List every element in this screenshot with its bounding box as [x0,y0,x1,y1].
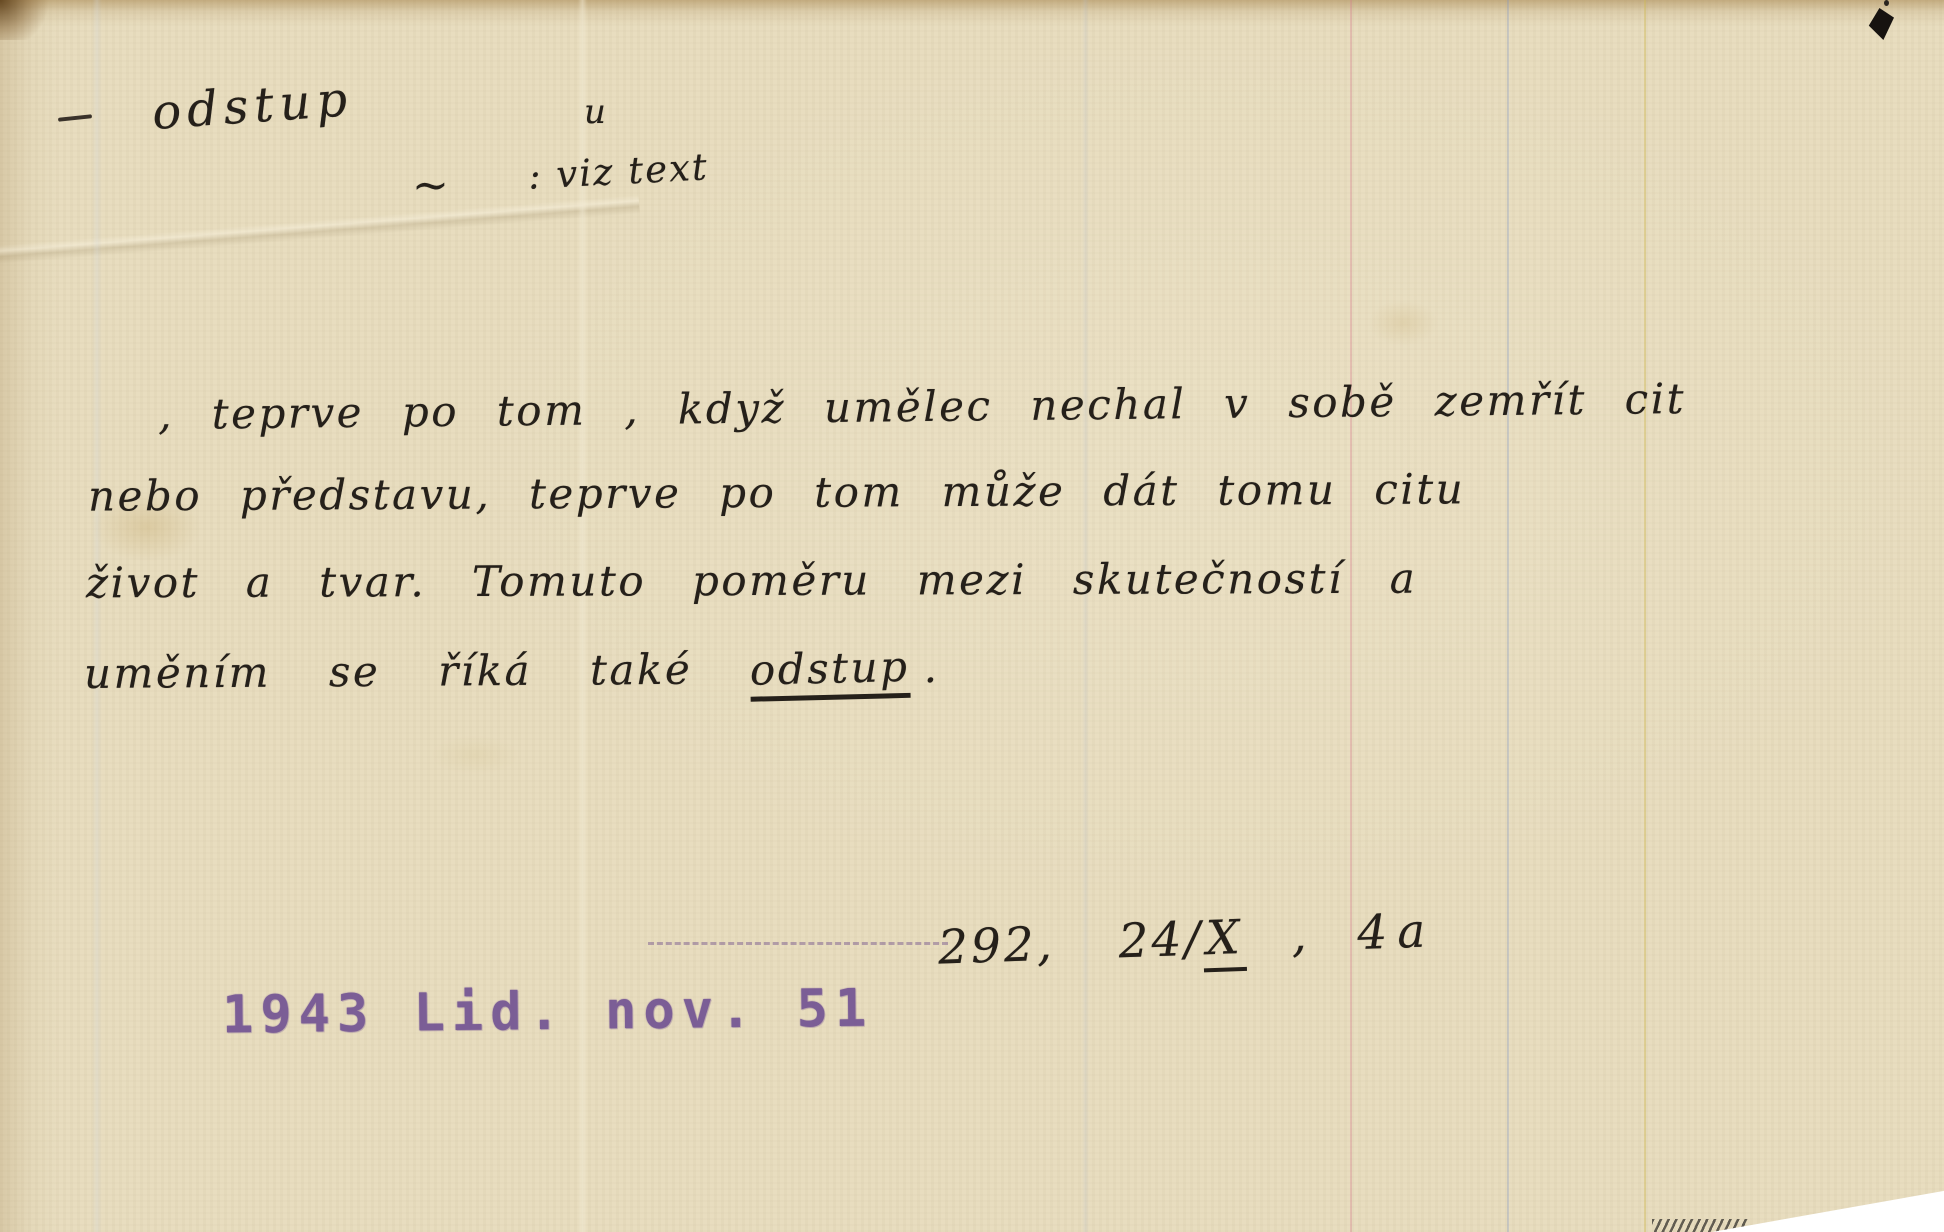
vertical-crease-left [92,0,102,1232]
blue-fiber-line [1507,0,1509,1232]
top-right-ink-mark [1866,8,1894,40]
citation-comma: , [1291,908,1311,964]
citation-number: 292, [937,917,1056,976]
scanned-card-page: odstup u ~ : viz text , teprve po tom , … [0,0,1944,1232]
citation-line: 292, 24/X , 4a [937,903,1436,981]
citation-day: 24/ [1118,911,1205,969]
body-line-2: nebo představu, teprve po tom může dát t… [88,464,1465,520]
citation-month-roman: X [1202,910,1247,972]
body-line-3: život a tvar. Tomuto poměru mezi skutečn… [86,554,1417,608]
body-line-4: uměním se říká také odstup. [84,643,940,705]
underlined-word-odstup: odstup [749,642,910,702]
ditto-mark: u [584,92,606,132]
citation-column: 4a [1356,903,1436,961]
stray-pen-dash [58,114,92,122]
sentence-period: . [923,643,939,692]
body-line-1: , teprve po tom , když umělec nechal v s… [158,374,1686,439]
vertical-crease-right [1082,0,1089,1232]
yellow-fiber-line [1644,0,1646,1232]
pink-fiber-line [1350,0,1352,1232]
body-line-4-text: uměním se říká také [84,645,693,698]
top-left-edge-shadow [0,0,52,40]
tilde-mark: ~ [412,160,449,211]
see-text-note: : viz text [527,145,710,197]
paper-stain [1368,300,1438,346]
top-right-ink-dot [1884,0,1889,6]
paper-stain [430,735,520,775]
paper-card: odstup u ~ : viz text , teprve po tom , … [0,0,1944,1232]
source-stamp: 1943 Lid. nov. 51 [222,979,874,1046]
headword-odstup: odstup [150,71,355,141]
dotted-leader-line [648,942,948,945]
